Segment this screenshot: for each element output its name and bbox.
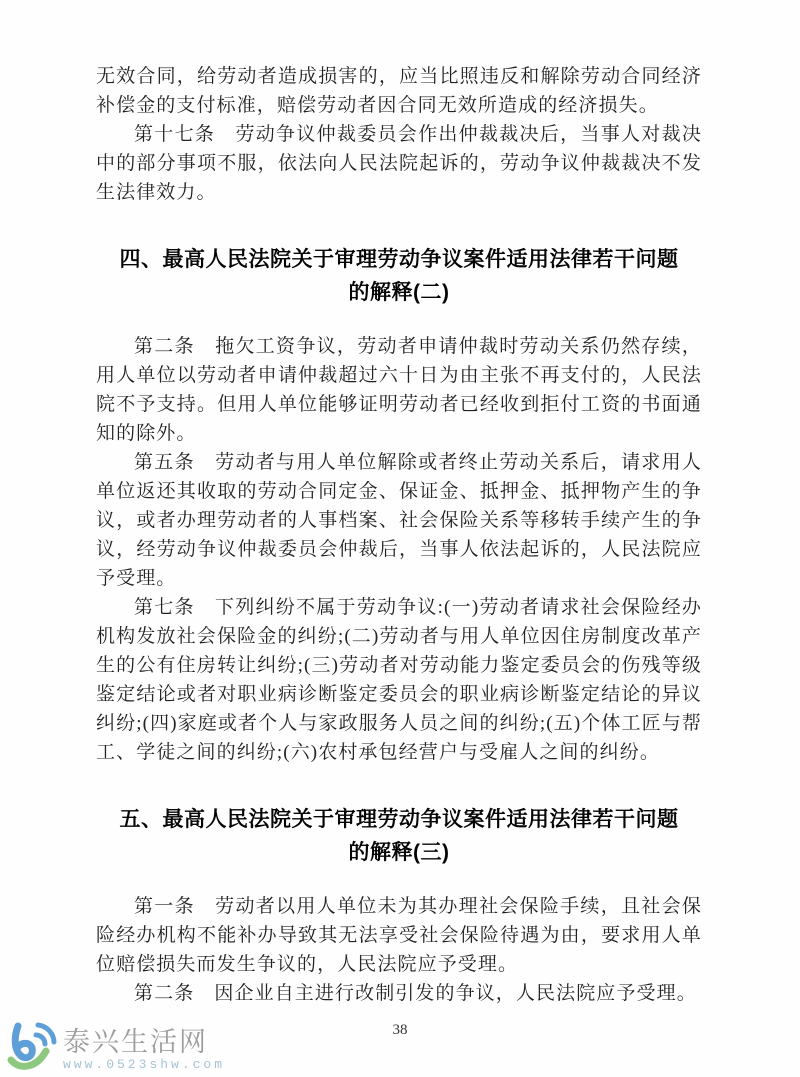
body-paragraph: 第五条 劳动者与用人单位解除或者终止劳动关系后，请求用人单位返还其收取的劳动合同… <box>96 448 702 593</box>
watermark-site-name: 泰兴生活网 <box>63 1028 225 1056</box>
section-heading-line: 五、最高人民法院关于审理劳动争议案件适用法律若干问题 <box>96 803 702 836</box>
logo-blue-stroke <box>15 1026 32 1058</box>
watermark-url: www.0523shw.com <box>63 1058 225 1072</box>
body-paragraph: 无效合同，给劳动者造成损害的，应当比照违反和解除劳动合同经济补偿金的支付标准，赔… <box>96 62 702 120</box>
body-paragraph: 第十七条 劳动争议仲裁委员会作出仲裁裁决后，当事人对裁决中的部分事项不服，依法向… <box>96 120 702 207</box>
body-paragraph: 第二条 因企业自主进行改制引发的争议，人民法院应予受理。 <box>96 979 702 1008</box>
section-heading-line: 四、最高人民法院关于审理劳动争议案件适用法律若干问题 <box>96 243 702 276</box>
logo-signal-inner-arc <box>36 1035 45 1044</box>
watermark-text: 泰兴生活网 www.0523shw.com <box>63 1020 225 1072</box>
section-heading: 五、最高人民法院关于审理劳动争议案件适用法律若干问题的解释(三) <box>96 803 702 869</box>
watermark-logo-icon <box>5 1020 59 1070</box>
document-body: 无效合同，给劳动者造成损害的，应当比照违反和解除劳动合同经济补偿金的支付标准，赔… <box>96 62 702 1008</box>
body-paragraph: 第七条 下列纠纷不属于劳动争议:(一)劳动者请求社会保险经办机构发放社会保险金的… <box>96 593 702 767</box>
body-paragraph: 第二条 拖欠工资争议，劳动者申请仲裁时劳动关系仍然存续，用人单位以劳动者申请仲裁… <box>96 332 702 448</box>
section-heading-line: 的解释(三) <box>96 836 702 869</box>
section-heading-line: 的解释(二) <box>96 276 702 309</box>
body-paragraph: 第一条 劳动者以用人单位未为其办理社会保险手续，且社会保险经办机构不能补办导致其… <box>96 892 702 979</box>
section-heading: 四、最高人民法院关于审理劳动争议案件适用法律若干问题的解释(二) <box>96 243 702 309</box>
watermark: 泰兴生活网 www.0523shw.com <box>5 1020 225 1072</box>
document-page: 无效合同，给劳动者造成损害的，应当比照违反和解除劳动合同经济补偿金的支付标准，赔… <box>0 0 800 1077</box>
